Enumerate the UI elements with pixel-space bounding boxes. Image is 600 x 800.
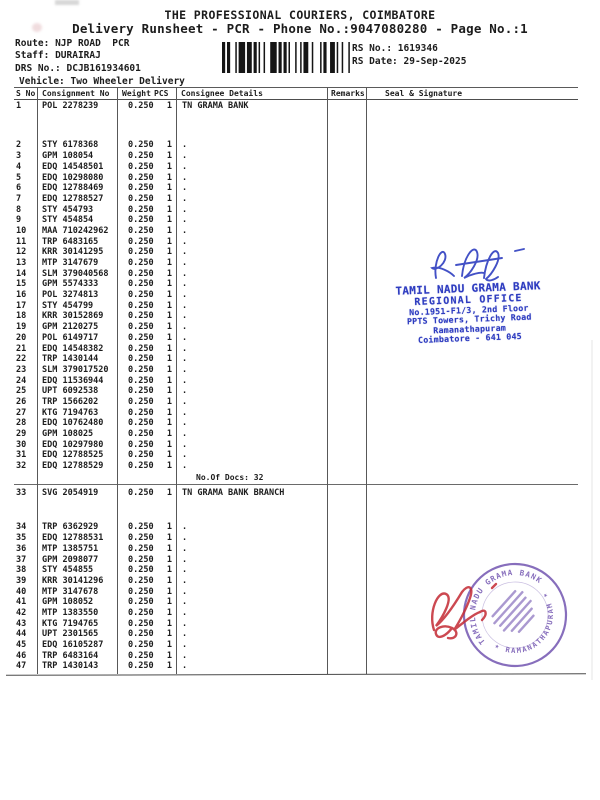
row-consignment: KRR 30152869 — [37, 311, 117, 322]
row-consignee: . — [176, 237, 327, 248]
table-row: 1POL 22782390.2501TN GRAMA BANK — [14, 101, 578, 112]
row-consignee: . — [176, 640, 327, 651]
row-pcs: 1 — [159, 173, 176, 184]
row-consignment: STY 454799 — [37, 301, 117, 312]
row-weight: 0.250 — [117, 173, 159, 184]
drs-value: DCJB161934601 — [67, 63, 141, 74]
table-row: 24EDQ 115369440.2501. — [14, 376, 578, 387]
row-consignee: . — [176, 386, 327, 397]
staff-label: Staff: — [15, 50, 49, 61]
row-consignment: SLM 379040568 — [37, 269, 117, 280]
row-weight: 0.250 — [117, 237, 159, 248]
row-weight: 0.250 — [117, 397, 159, 408]
row-consignment: STY 454855 — [37, 565, 117, 576]
row-weight: 0.250 — [117, 162, 159, 173]
row-weight: 0.250 — [117, 544, 159, 555]
table-row: 28EDQ 107624800.2501. — [14, 418, 578, 429]
row-weight: 0.250 — [117, 226, 159, 237]
row-consignee: . — [176, 247, 327, 258]
scan-smudge — [55, 0, 79, 5]
row-weight: 0.250 — [117, 629, 159, 640]
row-consignee: . — [176, 365, 327, 376]
row-consignment: UPT 6092538 — [37, 386, 117, 397]
row-sno: 21 — [14, 344, 37, 355]
row-sno: 5 — [14, 173, 37, 184]
row-pcs: 1 — [159, 522, 176, 533]
row-consignment: EDQ 14548501 — [37, 162, 117, 173]
row-consignee: . — [176, 183, 327, 194]
row-sno: 15 — [14, 279, 37, 290]
row-consignment: TRP 1430143 — [37, 661, 117, 672]
table-row: 6EDQ 127884690.2501. — [14, 183, 578, 194]
row-sno: 35 — [14, 533, 37, 544]
row-pcs: 1 — [159, 555, 176, 566]
row-sno: 7 — [14, 194, 37, 205]
row-pcs: 1 — [159, 440, 176, 451]
row-consignee: . — [176, 533, 327, 544]
row-pcs: 1 — [159, 322, 176, 333]
route-label: Route: — [15, 38, 49, 49]
row-consignment: KRR 30141296 — [37, 576, 117, 587]
table-row: 2STY 61783680.2501. — [14, 140, 578, 151]
row-sno: 36 — [14, 544, 37, 555]
route-line: Route: NJP ROAD PCR — [15, 38, 129, 49]
row-weight: 0.250 — [117, 461, 159, 472]
vehicle-line: Vehicle: Two Wheeler Delivery — [19, 76, 185, 87]
column-header-sno: S No — [16, 89, 35, 98]
row-consignee: . — [176, 322, 327, 333]
row-sno: 27 — [14, 408, 37, 419]
row-pcs: 1 — [159, 183, 176, 194]
row-pcs: 1 — [159, 140, 176, 151]
red-signature — [422, 572, 517, 652]
row-consignee: . — [176, 194, 327, 205]
row-consignment: STY 6178368 — [37, 140, 117, 151]
row-consignee: . — [176, 629, 327, 640]
row-consignee: . — [176, 450, 327, 461]
row-pcs: 1 — [159, 587, 176, 598]
table-row: 27KTG 71947630.2501. — [14, 408, 578, 419]
row-sno: 30 — [14, 440, 37, 451]
row-consignment: SLM 379017520 — [37, 365, 117, 376]
row-weight: 0.250 — [117, 301, 159, 312]
row-consignment: EDQ 10298080 — [37, 173, 117, 184]
row-consignee: . — [176, 269, 327, 280]
row-weight: 0.250 — [117, 597, 159, 608]
row-sno: 19 — [14, 322, 37, 333]
row-consignee: . — [176, 555, 327, 566]
row-sno: 32 — [14, 461, 37, 472]
row-pcs: 1 — [159, 418, 176, 429]
rs-date-value: 29-Sep-2025 — [404, 56, 467, 67]
row-weight: 0.250 — [117, 587, 159, 598]
row-sno: 40 — [14, 587, 37, 598]
row-sno: 41 — [14, 597, 37, 608]
row-pcs: 1 — [159, 344, 176, 355]
row-consignee: . — [176, 597, 327, 608]
row-consignee: . — [176, 205, 327, 216]
row-consignment: MTP 1383550 — [37, 608, 117, 619]
row-sno: 33 — [14, 488, 37, 499]
row-pcs: 1 — [159, 661, 176, 672]
row-pcs: 1 — [159, 576, 176, 587]
rs-no-line: RS No.: 1619346 — [352, 43, 438, 54]
row-consignee: . — [176, 661, 327, 672]
table-row: 8STY 4547930.2501. — [14, 205, 578, 216]
row-consignment: EDQ 12788527 — [37, 194, 117, 205]
row-consignee: . — [176, 333, 327, 344]
staff-line: Staff: DURAIRAJ — [15, 50, 101, 61]
row-weight: 0.250 — [117, 365, 159, 376]
row-consignee: . — [176, 440, 327, 451]
row-pcs: 1 — [159, 651, 176, 662]
row-consignee: . — [176, 140, 327, 151]
row-pcs: 1 — [159, 101, 176, 112]
row-consignment: GPM 2120275 — [37, 322, 117, 333]
row-pcs: 1 — [159, 237, 176, 248]
row-pcs: 1 — [159, 597, 176, 608]
row-consignment: KTG 7194763 — [37, 408, 117, 419]
rs-date-line: RS Date: 29-Sep-2025 — [352, 56, 466, 67]
runsheet-subtitle: Delivery Runsheet - PCR - Phone No.:9047… — [0, 21, 600, 36]
rs-no-value: 1619346 — [398, 43, 438, 54]
row-consignment: MAA 710242962 — [37, 226, 117, 237]
row-pcs: 1 — [159, 258, 176, 269]
row-weight: 0.250 — [117, 608, 159, 619]
route-value: NJP ROAD PCR — [55, 38, 129, 49]
row-sno: 24 — [14, 376, 37, 387]
row-sno: 29 — [14, 429, 37, 440]
row-weight: 0.250 — [117, 576, 159, 587]
table-row: 9STY 4548540.2501. — [14, 215, 578, 226]
row-consignee: . — [176, 173, 327, 184]
row-weight: 0.250 — [117, 488, 159, 499]
row-consignee: . — [176, 461, 327, 472]
row-consignment: EDQ 11536944 — [37, 376, 117, 387]
row-consignee: . — [176, 279, 327, 290]
row-sno: 2 — [14, 140, 37, 151]
row-consignment: TRP 1566202 — [37, 397, 117, 408]
row-consignment: EDQ 14548382 — [37, 344, 117, 355]
row-consignment: UPT 2301565 — [37, 629, 117, 640]
row-consignment: EDQ 10297980 — [37, 440, 117, 451]
row-sno: 9 — [14, 215, 37, 226]
row-pcs: 1 — [159, 226, 176, 237]
row-pcs: 1 — [159, 408, 176, 419]
row-consignee: . — [176, 619, 327, 630]
row-weight: 0.250 — [117, 450, 159, 461]
row-weight: 0.250 — [117, 418, 159, 429]
row-consignee: . — [176, 344, 327, 355]
row-consignment: EDQ 12788531 — [37, 533, 117, 544]
table-row: 22TRP 14301440.2501. — [14, 354, 578, 365]
row-pcs: 1 — [159, 354, 176, 365]
row-consignment: POL 6149717 — [37, 333, 117, 344]
row-sno: 42 — [14, 608, 37, 619]
row-consignee: . — [176, 418, 327, 429]
table-row: 25UPT 60925380.2501. — [14, 386, 578, 397]
row-weight: 0.250 — [117, 269, 159, 280]
row-consignee: . — [176, 215, 327, 226]
row-weight: 0.250 — [117, 344, 159, 355]
table-row: 33SVG 20549190.2501TN GRAMA BANK BRANCH — [14, 488, 578, 499]
row-consignment: KTG 7194765 — [37, 619, 117, 630]
row-pcs: 1 — [159, 565, 176, 576]
drs-label: DRS No.: — [15, 63, 61, 74]
row-sno: 47 — [14, 661, 37, 672]
row-consignee: . — [176, 301, 327, 312]
row-pcs: 1 — [159, 608, 176, 619]
row-weight: 0.250 — [117, 101, 159, 112]
row-sno: 44 — [14, 629, 37, 640]
row-pcs: 1 — [159, 247, 176, 258]
table-row: 32EDQ 127885290.2501. — [14, 461, 578, 472]
table-row: 29GPM 1080250.2501. — [14, 429, 578, 440]
row-pcs: 1 — [159, 333, 176, 344]
row-pcs: 1 — [159, 640, 176, 651]
row-sno: 34 — [14, 522, 37, 533]
table-row: 7EDQ 127885270.2501. — [14, 194, 578, 205]
row-pcs: 1 — [159, 376, 176, 387]
row-weight: 0.250 — [117, 151, 159, 162]
row-consignee: . — [176, 311, 327, 322]
drs-line: DRS No.: DCJB161934601 — [15, 63, 141, 74]
row-sno: 18 — [14, 311, 37, 322]
row-weight: 0.250 — [117, 651, 159, 662]
row-sno: 14 — [14, 269, 37, 280]
table-row: 34TRP 63629290.2501. — [14, 522, 578, 533]
row-consignment: POL 3274813 — [37, 290, 117, 301]
table-row: 23SLM 3790175200.2501. — [14, 365, 578, 376]
row-consignee: . — [176, 565, 327, 576]
row-pcs: 1 — [159, 619, 176, 630]
row-weight: 0.250 — [117, 290, 159, 301]
row-consignee: . — [176, 397, 327, 408]
row-weight: 0.250 — [117, 322, 159, 333]
table-row: 10MAA 7102429620.2501. — [14, 226, 578, 237]
column-header-pcs: PCS — [154, 89, 168, 98]
row-weight: 0.250 — [117, 522, 159, 533]
row-consignee: TN GRAMA BANK BRANCH — [176, 488, 327, 499]
row-consignment: TRP 1430144 — [37, 354, 117, 365]
row-pcs: 1 — [159, 194, 176, 205]
table-row: 26TRP 15662020.2501. — [14, 397, 578, 408]
row-pcs: 1 — [159, 386, 176, 397]
row-consignment: TRP 6483164 — [37, 651, 117, 662]
row-sno: 3 — [14, 151, 37, 162]
row-consignment: MTP 1385751 — [37, 544, 117, 555]
row-sno: 39 — [14, 576, 37, 587]
no-of-docs-line: No.Of Docs: 32 — [14, 472, 578, 483]
row-consignment: EDQ 12788525 — [37, 450, 117, 461]
row-consignment: EDQ 12788469 — [37, 183, 117, 194]
table-row: 4EDQ 145485010.2501. — [14, 162, 578, 173]
row-sno: 38 — [14, 565, 37, 576]
rs-no-label: RS No.: — [352, 43, 392, 54]
table-row: 31EDQ 127885250.2501. — [14, 450, 578, 461]
row-pcs: 1 — [159, 151, 176, 162]
row-weight: 0.250 — [117, 565, 159, 576]
row-weight: 0.250 — [117, 311, 159, 322]
row-sno: 16 — [14, 290, 37, 301]
column-header-remarks: Remarks — [331, 89, 365, 98]
row-consignee: TN GRAMA BANK — [176, 101, 327, 112]
row-pcs: 1 — [159, 544, 176, 555]
row-consignment: STY 454793 — [37, 205, 117, 216]
row-pcs: 1 — [159, 301, 176, 312]
row-consignment: MTP 3147678 — [37, 587, 117, 598]
row-weight: 0.250 — [117, 258, 159, 269]
row-sno: 4 — [14, 162, 37, 173]
row-consignee: . — [176, 576, 327, 587]
column-header-consignee: Consignee Details — [181, 89, 263, 98]
row-pcs: 1 — [159, 162, 176, 173]
row-sno: 43 — [14, 619, 37, 630]
row-weight: 0.250 — [117, 386, 159, 397]
row-consignment: POL 2278239 — [37, 101, 117, 112]
row-weight: 0.250 — [117, 247, 159, 258]
row-pcs: 1 — [159, 461, 176, 472]
vehicle-value: Two Wheeler Delivery — [71, 76, 185, 87]
row-consignee: . — [176, 429, 327, 440]
rs-date-label: RS Date: — [352, 56, 398, 67]
row-weight: 0.250 — [117, 429, 159, 440]
row-consignee: . — [176, 522, 327, 533]
row-consignment: GPM 108052 — [37, 597, 117, 608]
row-pcs: 1 — [159, 429, 176, 440]
row-sno: 20 — [14, 333, 37, 344]
row-weight: 0.250 — [117, 354, 159, 365]
office-stamp: TAMIL NADU GRAMA BANK REGIONAL OFFICE No… — [377, 279, 561, 347]
row-consignee: . — [176, 608, 327, 619]
row-weight: 0.250 — [117, 533, 159, 544]
vehicle-label: Vehicle: — [19, 76, 65, 87]
row-weight: 0.250 — [117, 619, 159, 630]
table-top-border — [14, 87, 578, 88]
row-weight: 0.250 — [117, 215, 159, 226]
row-consignment: TRP 6483165 — [37, 237, 117, 248]
row-consignment: GPM 108025 — [37, 429, 117, 440]
row-sno: 23 — [14, 365, 37, 376]
row-consignee: . — [176, 226, 327, 237]
row-consignment: EDQ 10762480 — [37, 418, 117, 429]
row-sno: 12 — [14, 247, 37, 258]
row-weight: 0.250 — [117, 640, 159, 651]
row-sno: 6 — [14, 183, 37, 194]
row-weight: 0.250 — [117, 555, 159, 566]
row-weight: 0.250 — [117, 183, 159, 194]
row-consignment: EDQ 16105287 — [37, 640, 117, 651]
row-pcs: 1 — [159, 290, 176, 301]
row-sno: 28 — [14, 418, 37, 429]
row-weight: 0.250 — [117, 440, 159, 451]
row-consignee: . — [176, 151, 327, 162]
row-consignment: EDQ 12788529 — [37, 461, 117, 472]
row-consignee: . — [176, 587, 327, 598]
row-pcs: 1 — [159, 205, 176, 216]
column-header-consignment: Consignment No — [42, 89, 109, 98]
row-sno: 13 — [14, 258, 37, 269]
row-consignment: GPM 108054 — [37, 151, 117, 162]
row-consignee: . — [176, 376, 327, 387]
row-consignment: SVG 2054919 — [37, 488, 117, 499]
company-title: THE PROFESSIONAL COURIERS, COIMBATORE — [0, 8, 600, 22]
row-sno: 31 — [14, 450, 37, 461]
row-sno: 37 — [14, 555, 37, 566]
row-sno: 8 — [14, 205, 37, 216]
row-pcs: 1 — [159, 397, 176, 408]
row-sno: 25 — [14, 386, 37, 397]
row-weight: 0.250 — [117, 140, 159, 151]
row-sno: 10 — [14, 226, 37, 237]
row-pcs: 1 — [159, 629, 176, 640]
row-pcs: 1 — [159, 488, 176, 499]
row-pcs: 1 — [159, 450, 176, 461]
row-sno: 45 — [14, 640, 37, 651]
row-pcs: 1 — [159, 279, 176, 290]
column-header-seal: Seal & Signature — [385, 89, 462, 98]
row-pcs: 1 — [159, 365, 176, 376]
row-consignee: . — [176, 258, 327, 269]
row-sno: 11 — [14, 237, 37, 248]
row-sno: 22 — [14, 354, 37, 365]
row-pcs: 1 — [159, 311, 176, 322]
row-pcs: 1 — [159, 215, 176, 226]
row-consignee: . — [176, 408, 327, 419]
scan-edge-shadow — [591, 340, 593, 680]
row-weight: 0.250 — [117, 194, 159, 205]
row-consignment: TRP 6362929 — [37, 522, 117, 533]
row-sno: 46 — [14, 651, 37, 662]
row-pcs: 1 — [159, 533, 176, 544]
table-row: 30EDQ 102979800.2501. — [14, 440, 578, 451]
table-row: 21EDQ 145483820.2501. — [14, 344, 578, 355]
column-header-weight: Weight — [122, 89, 151, 98]
row-weight: 0.250 — [117, 205, 159, 216]
row-consignee: . — [176, 290, 327, 301]
row-consignment: MTP 3147679 — [37, 258, 117, 269]
row-consignment: STY 454854 — [37, 215, 117, 226]
row-pcs: 1 — [159, 269, 176, 280]
row-weight: 0.250 — [117, 376, 159, 387]
row-weight: 0.250 — [117, 279, 159, 290]
row-consignment: GPM 2098077 — [37, 555, 117, 566]
row-sno: 1 — [14, 101, 37, 112]
row-weight: 0.250 — [117, 661, 159, 672]
row-consignee: . — [176, 354, 327, 365]
barcode — [222, 42, 350, 73]
row-weight: 0.250 — [117, 333, 159, 344]
row-consignee: . — [176, 162, 327, 173]
table-row: 35EDQ 127885310.2501. — [14, 533, 578, 544]
staff-value: DURAIRAJ — [55, 50, 101, 61]
row-consignment: KRR 30141295 — [37, 247, 117, 258]
row-consignee: . — [176, 544, 327, 555]
row-consignment: GPM 5574333 — [37, 279, 117, 290]
row-sno: 26 — [14, 397, 37, 408]
row-weight: 0.250 — [117, 408, 159, 419]
table-row: 5EDQ 102980800.2501. — [14, 173, 578, 184]
table-row: 3GPM 1080540.2501. — [14, 151, 578, 162]
row-sno: 17 — [14, 301, 37, 312]
delivery-runsheet-document: THE PROFESSIONAL COURIERS, COIMBATORE De… — [0, 0, 600, 800]
row-consignee: . — [176, 651, 327, 662]
